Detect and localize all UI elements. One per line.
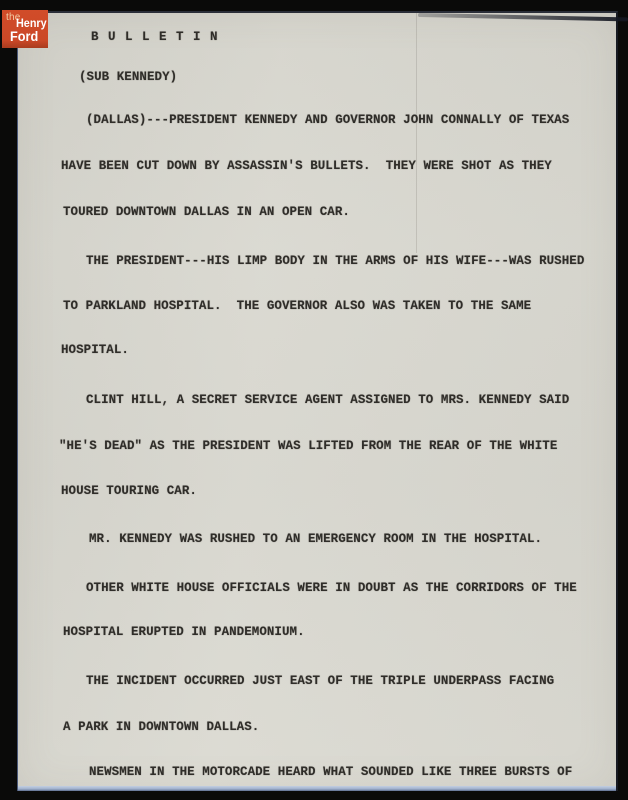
document-line: TO PARKLAND HOSPITAL. THE GOVERNOR ALSO … [63,300,531,313]
document-line: NEWSMEN IN THE MOTORCADE HEARD WHAT SOUN… [89,766,572,779]
document-line: CLINT HILL, A SECRET SERVICE AGENT ASSIG… [86,394,569,407]
paper-crease [416,13,417,253]
bulletin-title: B U L L E T I N [91,31,219,44]
document-line: MR. KENNEDY WAS RUSHED TO AN EMERGENCY R… [89,533,542,546]
document-line: HAVE BEEN CUT DOWN BY ASSASSIN'S BULLETS… [61,160,552,173]
document-line: OTHER WHITE HOUSE OFFICIALS WERE IN DOUB… [86,582,577,595]
bulletin-paper: B U L L E T I N (SUB KENNEDY) (DALLAS)--… [17,11,618,791]
document-line: TOURED DOWNTOWN DALLAS IN AN OPEN CAR. [63,206,350,219]
document-line: THE INCIDENT OCCURRED JUST EAST OF THE T… [86,675,554,688]
document-line: HOSPITAL. [61,344,129,357]
document-line: THE PRESIDENT---HIS LIMP BODY IN THE ARM… [86,255,584,268]
henry-ford-logo: the Henry Ford [2,10,48,48]
document-line: HOSPITAL ERUPTED IN PANDEMONIUM. [63,626,305,639]
document-line: HOUSE TOURING CAR. [61,485,197,498]
logo-text-ford: Ford [10,29,38,44]
photo-frame: B U L L E T I N (SUB KENNEDY) (DALLAS)--… [0,0,628,800]
paper-edge-shadow [418,13,628,21]
document-line: (DALLAS)---PRESIDENT KENNEDY AND GOVERNO… [86,114,569,127]
document-line: A PARK IN DOWNTOWN DALLAS. [63,721,259,734]
document-line: "HE'S DEAD" AS THE PRESIDENT WAS LIFTED … [59,440,557,453]
paper-bottom-edge [18,786,616,791]
slug-line: (SUB KENNEDY) [79,71,177,84]
